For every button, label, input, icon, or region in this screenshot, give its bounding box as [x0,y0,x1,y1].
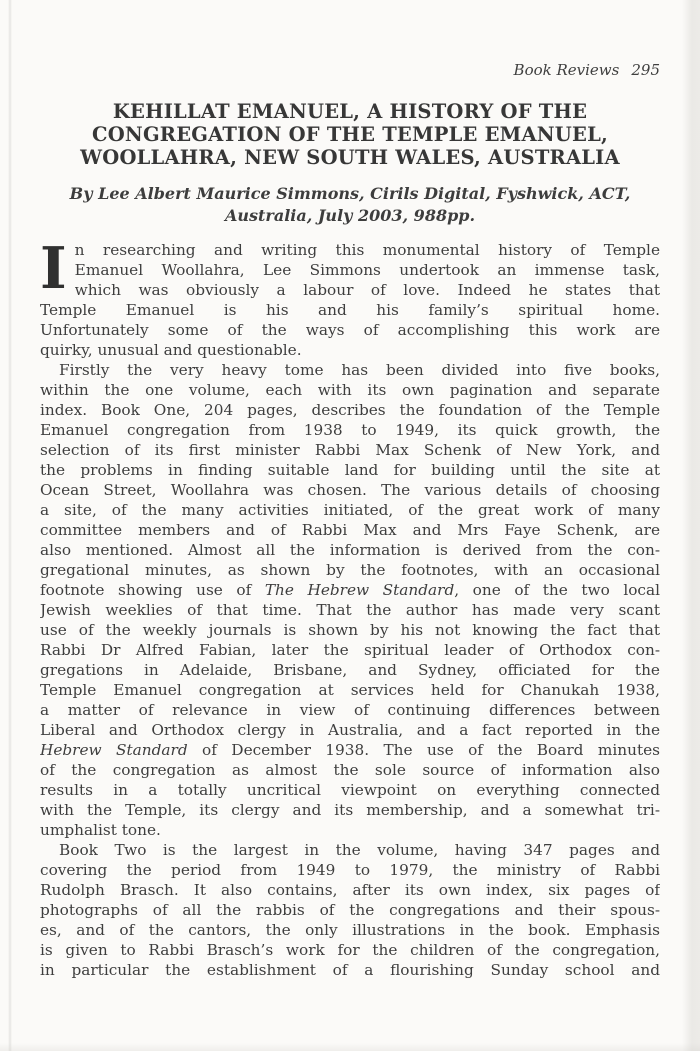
text-line: Firstly the very heavy tome has been div… [40,360,660,380]
article-title-line: WOOLLAHRA, NEW SOUTH WALES, AUSTRALIA [30,146,670,169]
text-line: Ocean Street, Woollahra was chosen. The … [40,480,660,500]
article-title: KEHILLAT EMANUEL, A HISTORY OF THE CONGR… [30,100,670,169]
text-line: Unfortunately some of the ways of accomp… [40,320,660,340]
text-line: quirky, unusual and questionable. [40,340,660,360]
text-line: which was obviously a labour of love. In… [75,280,660,300]
text-line: Book Two is the largest in the volume, h… [40,840,660,860]
byline-line: By Lee Albert Maurice Simmons, Cirils Di… [40,183,660,205]
scanned-page: Book Reviews295 KEHILLAT EMANUEL, A HIST… [0,0,700,1051]
page-edge-shadow-bottom [0,1043,700,1051]
text-line: a matter of relevance in view of continu… [40,700,660,720]
text-line: selection of its first minister Rabbi Ma… [40,440,660,460]
text-line: committee members and of Rabbi Max and M… [40,520,660,540]
text-line: gregational minutes, as shown by the foo… [40,560,660,580]
article-body: In researching and writing this monument… [40,240,660,980]
text-line: gregations in Adelaide, Brisbane, and Sy… [40,660,660,680]
drop-cap: I [40,242,67,300]
paragraph: In researching and writing this monument… [40,240,660,360]
text-line: use of the weekly journals is shown by h… [40,620,660,640]
text-line: results in a totally uncritical viewpoin… [40,780,660,800]
text-line: footnote showing use of The Hebrew Stand… [40,580,660,600]
article-title-line: CONGREGATION OF THE TEMPLE EMANUEL, [30,123,670,146]
text-line: index. Book One, 204 pages, describes th… [40,400,660,420]
text-line: the problems in finding suitable land fo… [40,460,660,480]
text-line: of the congregation as almost the sole s… [40,760,660,780]
running-head-label: Book Reviews [514,61,620,79]
text-line: Emanuel congregation from 1938 to 1949, … [40,420,660,440]
text-line: Hebrew Standard of December 1938. The us… [40,740,660,760]
paragraph: Book Two is the largest in the volume, h… [40,840,660,980]
article-title-line: KEHILLAT EMANUEL, A HISTORY OF THE [30,100,670,123]
text-line: with the Temple, its clergy and its memb… [40,800,660,820]
byline-line: Australia, July 2003, 988pp. [40,205,660,227]
text-line: within the one volume, each with its own… [40,380,660,400]
text-line: photographs of all the rabbis of the con… [40,900,660,920]
text-line: covering the period from 1949 to 1979, t… [40,860,660,880]
page-edge-shadow-right [682,0,700,1051]
running-head: Book Reviews295 [40,61,660,79]
text-line: umphalist tone. [40,820,660,840]
page-number: 295 [631,61,660,79]
text-line: Emanuel Woollahra, Lee Simmons undertook… [75,260,660,280]
text-line: also mentioned. Almost all the informati… [40,540,660,560]
text-line: in particular the establishment of a flo… [40,960,660,980]
text-line: a site, of the many activities initiated… [40,500,660,520]
text-line: Temple Emanuel congregation at services … [40,680,660,700]
paragraph: Firstly the very heavy tome has been div… [40,360,660,840]
text-line: Rudolph Brasch. It also contains, after … [40,880,660,900]
text-line: Temple Emanuel is his and his family’s s… [40,300,660,320]
text-line: es, and of the cantors, the only illustr… [40,920,660,940]
text-line: Liberal and Orthodox clergy in Australia… [40,720,660,740]
text-line: Rabbi Dr Alfred Fabian, later the spirit… [40,640,660,660]
text-line: n researching and writing this monumenta… [75,240,660,260]
byline: By Lee Albert Maurice Simmons, Cirils Di… [40,183,660,227]
text-line: is given to Rabbi Brasch’s work for the … [40,940,660,960]
page-edge-shadow-left [8,0,12,1051]
text-line: Jewish weeklies of that time. That the a… [40,600,660,620]
